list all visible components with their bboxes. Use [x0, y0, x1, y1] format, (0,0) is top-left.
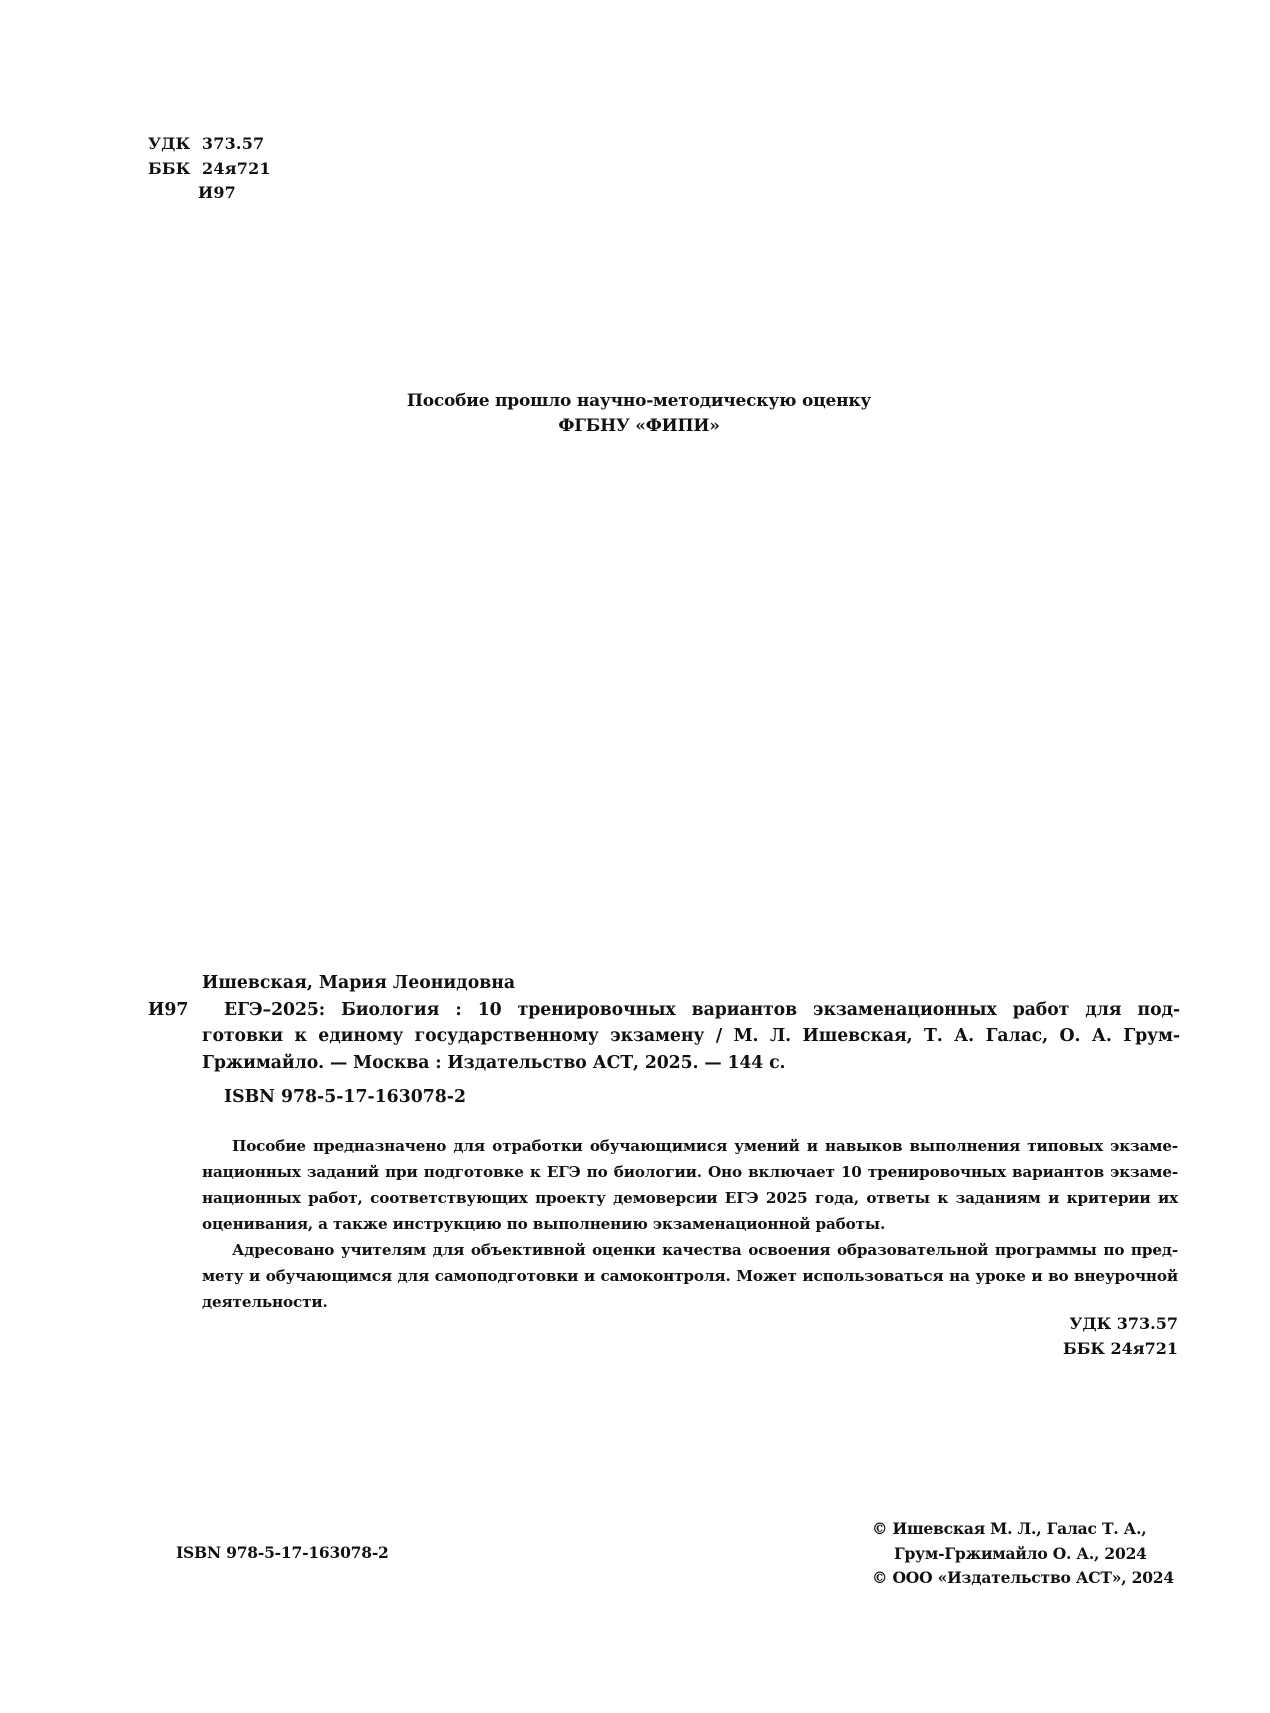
udk-index: УДК 373.57: [1063, 1311, 1178, 1336]
approval-note: Пособие прошло научно-методическую оценк…: [0, 389, 1270, 439]
udk-value: 373.57: [202, 134, 264, 153]
author-mark: И97: [148, 997, 202, 1024]
annotation-line: деятельности.: [202, 1289, 1178, 1315]
description-line: Гржимайло. — Москва : Издательство АСТ, …: [202, 1050, 1180, 1077]
bibliographic-record: Ишевская, Мария Леонидовна И97 ЕГЭ–2025:…: [148, 970, 1180, 1111]
udk-index: УДК 373.57: [148, 132, 271, 157]
bbk-index: ББК 24я721: [148, 157, 271, 182]
annotation: Пособие предназначено для отработки обуч…: [202, 1133, 1178, 1315]
description-line: готовки к единому государственному экзам…: [202, 1023, 1180, 1050]
bibliographic-entry: И97 ЕГЭ–2025: Биология : 10 тренировочны…: [148, 997, 1180, 1077]
udk-label: УДК: [148, 134, 190, 153]
copyright-line: Грум-Гржимайло О. А., 2024: [872, 1542, 1174, 1567]
author-heading: Ишевская, Мария Леонидовна: [148, 970, 1180, 997]
annotation-line: национных заданий при подготовке к ЕГЭ п…: [202, 1159, 1178, 1185]
approval-note-line-1: Пособие прошло научно-методическую оценк…: [4, 389, 1270, 414]
classification-indexes-bottom: УДК 373.57 ББК 24я721: [1063, 1311, 1178, 1361]
author-mark: И97: [148, 181, 271, 206]
annotation-line: Пособие предназначено для отработки обуч…: [202, 1133, 1178, 1159]
description-line: ЕГЭ–2025: Биология : 10 тренировочных ва…: [202, 997, 1180, 1024]
annotation-line: Адресовано учителям для объективной оцен…: [202, 1237, 1178, 1263]
approval-note-line-2: ФГБНУ «ФИПИ»: [4, 414, 1270, 439]
classification-indexes-top: УДК 373.57 ББК 24я721 И97: [148, 132, 271, 206]
annotation-line: оценивания, а также инструкцию по выполн…: [202, 1211, 1178, 1237]
bbk-label: ББК: [148, 159, 191, 178]
footer-isbn: ISBN 978-5-17-163078-2: [176, 1543, 389, 1562]
copyright-notice: © Ишевская М. Л., Галас Т. А., Грум-Гржи…: [872, 1517, 1174, 1591]
annotation-line: национных работ, соответствующих проекту…: [202, 1185, 1178, 1211]
bibliographic-description: ЕГЭ–2025: Биология : 10 тренировочных ва…: [202, 997, 1180, 1077]
copyright-line: © Ишевская М. Л., Галас Т. А.,: [872, 1517, 1174, 1542]
bbk-index: ББК 24я721: [1063, 1336, 1178, 1361]
annotation-line: мету и обучающимся для самоподготовки и …: [202, 1263, 1178, 1289]
bbk-value: 24я721: [202, 159, 271, 178]
copyright-line: © ООО «Издательство АСТ», 2024: [872, 1566, 1174, 1591]
isbn: ISBN 978-5-17-163078-2: [148, 1084, 1180, 1111]
